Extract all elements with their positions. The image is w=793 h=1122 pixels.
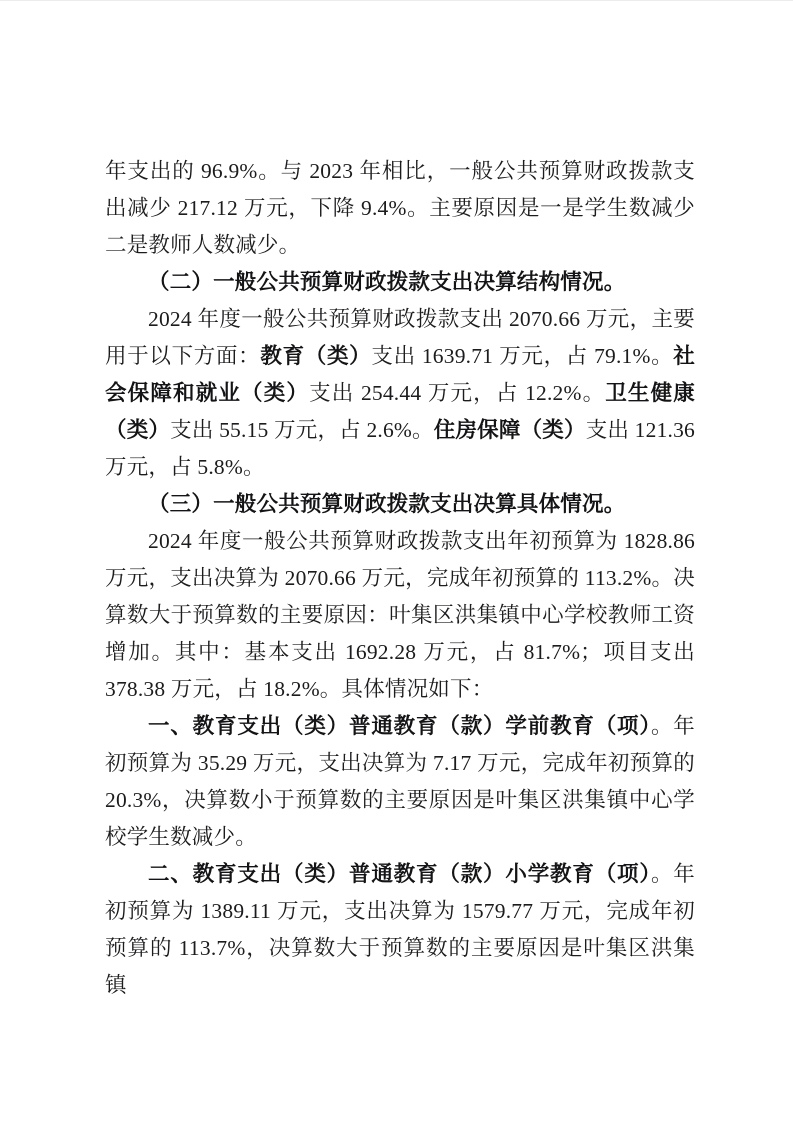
category-housing-security: 住房保障（类） (434, 418, 586, 442)
paragraph-item-2-primary-education: 二、教育支出（类）普通教育（款）小学教育（项）。年初预算为 1389.11 万元… (105, 856, 695, 1004)
item-1-heading-text: 一、教育支出（类）普通教育（款）学前教育（项） (148, 714, 651, 738)
text-segment: 2024 年度一般公共预算财政拨款支出年初预算为 1828.86 万元，支出决算… (105, 529, 695, 701)
paragraph-item-1-preschool-education: 一、教育支出（类）普通教育（款）学前教育（项）。年初预算为 35.29 万元，支… (105, 708, 695, 856)
paragraph-continuation-expenditure-comparison: 年支出的 96.9%。与 2023 年相比，一般公共预算财政拨款支出减少 217… (105, 153, 695, 264)
item-2-heading-text: 二、教育支出（类）普通教育（款）小学教育（项） (148, 862, 651, 886)
text-segment: 支出 1639.71 万元，占 79.1%。 (371, 344, 673, 368)
category-education: 教育（类） (260, 344, 371, 368)
text-segment: 年支出的 96.9%。与 2023 年相比，一般公共预算财政拨款支出减少 217… (105, 159, 695, 257)
heading-section-2-structure: （二）一般公共预算财政拨款支出决算结构情况。 (105, 264, 695, 301)
section-heading-text: （二）一般公共预算财政拨款支出决算结构情况。 (148, 270, 625, 294)
heading-section-3-details: （三）一般公共预算财政拨款支出决算具体情况。 (105, 486, 695, 523)
text-segment: 支出 254.44 万元，占 12.2%。 (309, 381, 605, 405)
document-page: 年支出的 96.9%。与 2023 年相比，一般公共预算财政拨款支出减少 217… (0, 0, 793, 1122)
section-heading-text: （三）一般公共预算财政拨款支出决算具体情况。 (148, 492, 625, 516)
text-segment: 支出 55.15 万元，占 2.6%。 (170, 418, 434, 442)
document-body: 年支出的 96.9%。与 2023 年相比，一般公共预算财政拨款支出减少 217… (105, 153, 695, 1004)
paragraph-details-overview: 2024 年度一般公共预算财政拨款支出年初预算为 1828.86 万元，支出决算… (105, 523, 695, 708)
paragraph-structure-breakdown: 2024 年度一般公共预算财政拨款支出 2070.66 万元，主要用于以下方面：… (105, 301, 695, 486)
